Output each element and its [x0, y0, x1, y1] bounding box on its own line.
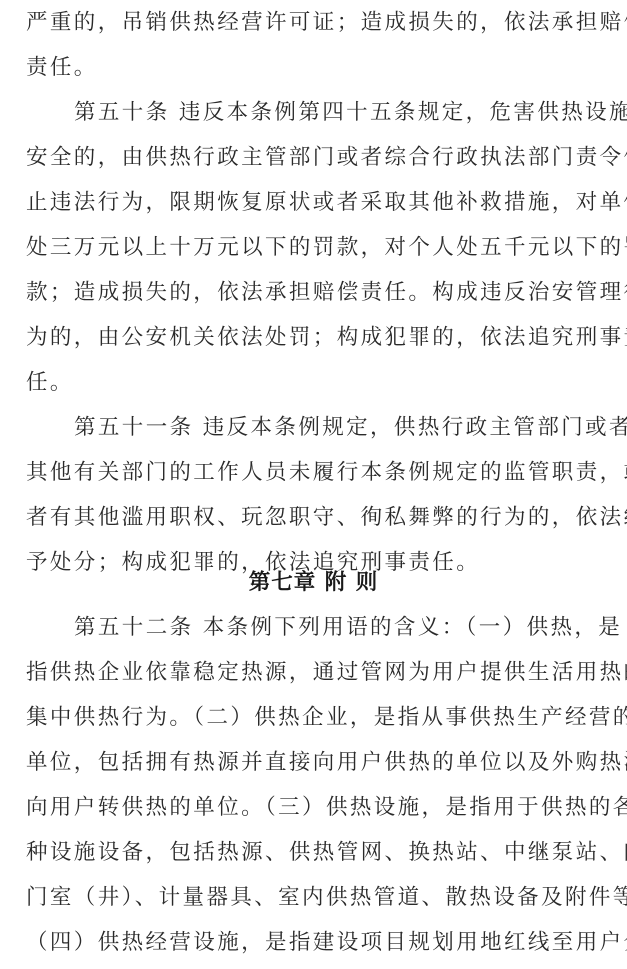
- text-line: 单位，包括拥有热源并直接向用户供热的单位以及外购热源: [26, 749, 602, 777]
- text-line: （四）供热经营设施，是指建设项目规划用地红线至用户分: [26, 929, 602, 957]
- text-line: 集中供热行为。（二）供热企业，是指从事供热生产经营的: [26, 704, 602, 732]
- text-line: 款；造成损失的，依法承担赔偿责任。构成违反治安管理行: [26, 279, 602, 307]
- text-line: 安全的，由供热行政主管部门或者综合行政执法部门责令停: [26, 144, 602, 172]
- text-line: 为的，由公安机关依法处罚；构成犯罪的，依法追究刑事责: [26, 324, 602, 352]
- chapter-heading: 第七章 附 则: [0, 569, 627, 597]
- text-line: 种设施设备，包括热源、供热管网、换热站、中继泵站、阀: [26, 839, 602, 867]
- text-line: 其他有关部门的工作人员未履行本条例规定的监管职责，或: [26, 459, 602, 487]
- text-line: 向用户转供热的单位。（三）供热设施，是指用于供热的各: [26, 794, 602, 822]
- text-line: 第五十二条 本条例下列用语的含义：（一）供热，是: [74, 614, 602, 642]
- text-line: 责任。: [26, 54, 602, 82]
- text-line: 第五十一条 违反本条例规定，供热行政主管部门或者: [74, 414, 602, 442]
- document-page: 严重的，吊销供热经营许可证；造成损失的，依法承担赔偿责任。第五十条 违反本条例第…: [0, 0, 627, 969]
- text-line: 严重的，吊销供热经营许可证；造成损失的，依法承担赔偿: [26, 9, 602, 37]
- text-line: 处三万元以上十万元以下的罚款，对个人处五千元以下的罚: [26, 234, 602, 262]
- text-line: 第五十条 违反本条例第四十五条规定，危害供热设施: [74, 99, 602, 127]
- text-line: 任。: [26, 369, 602, 397]
- text-line: 者有其他滥用职权、玩忽职守、徇私舞弊的行为的，依法给: [26, 504, 602, 532]
- text-line: 门室（井）、计量器具、室内供热管道、散热设备及附件等。: [26, 884, 602, 912]
- text-line: 指供热企业依靠稳定热源，通过管网为用户提供生活用热的: [26, 659, 602, 687]
- text-line: 止违法行为，限期恢复原状或者采取其他补救措施，对单位: [26, 189, 602, 217]
